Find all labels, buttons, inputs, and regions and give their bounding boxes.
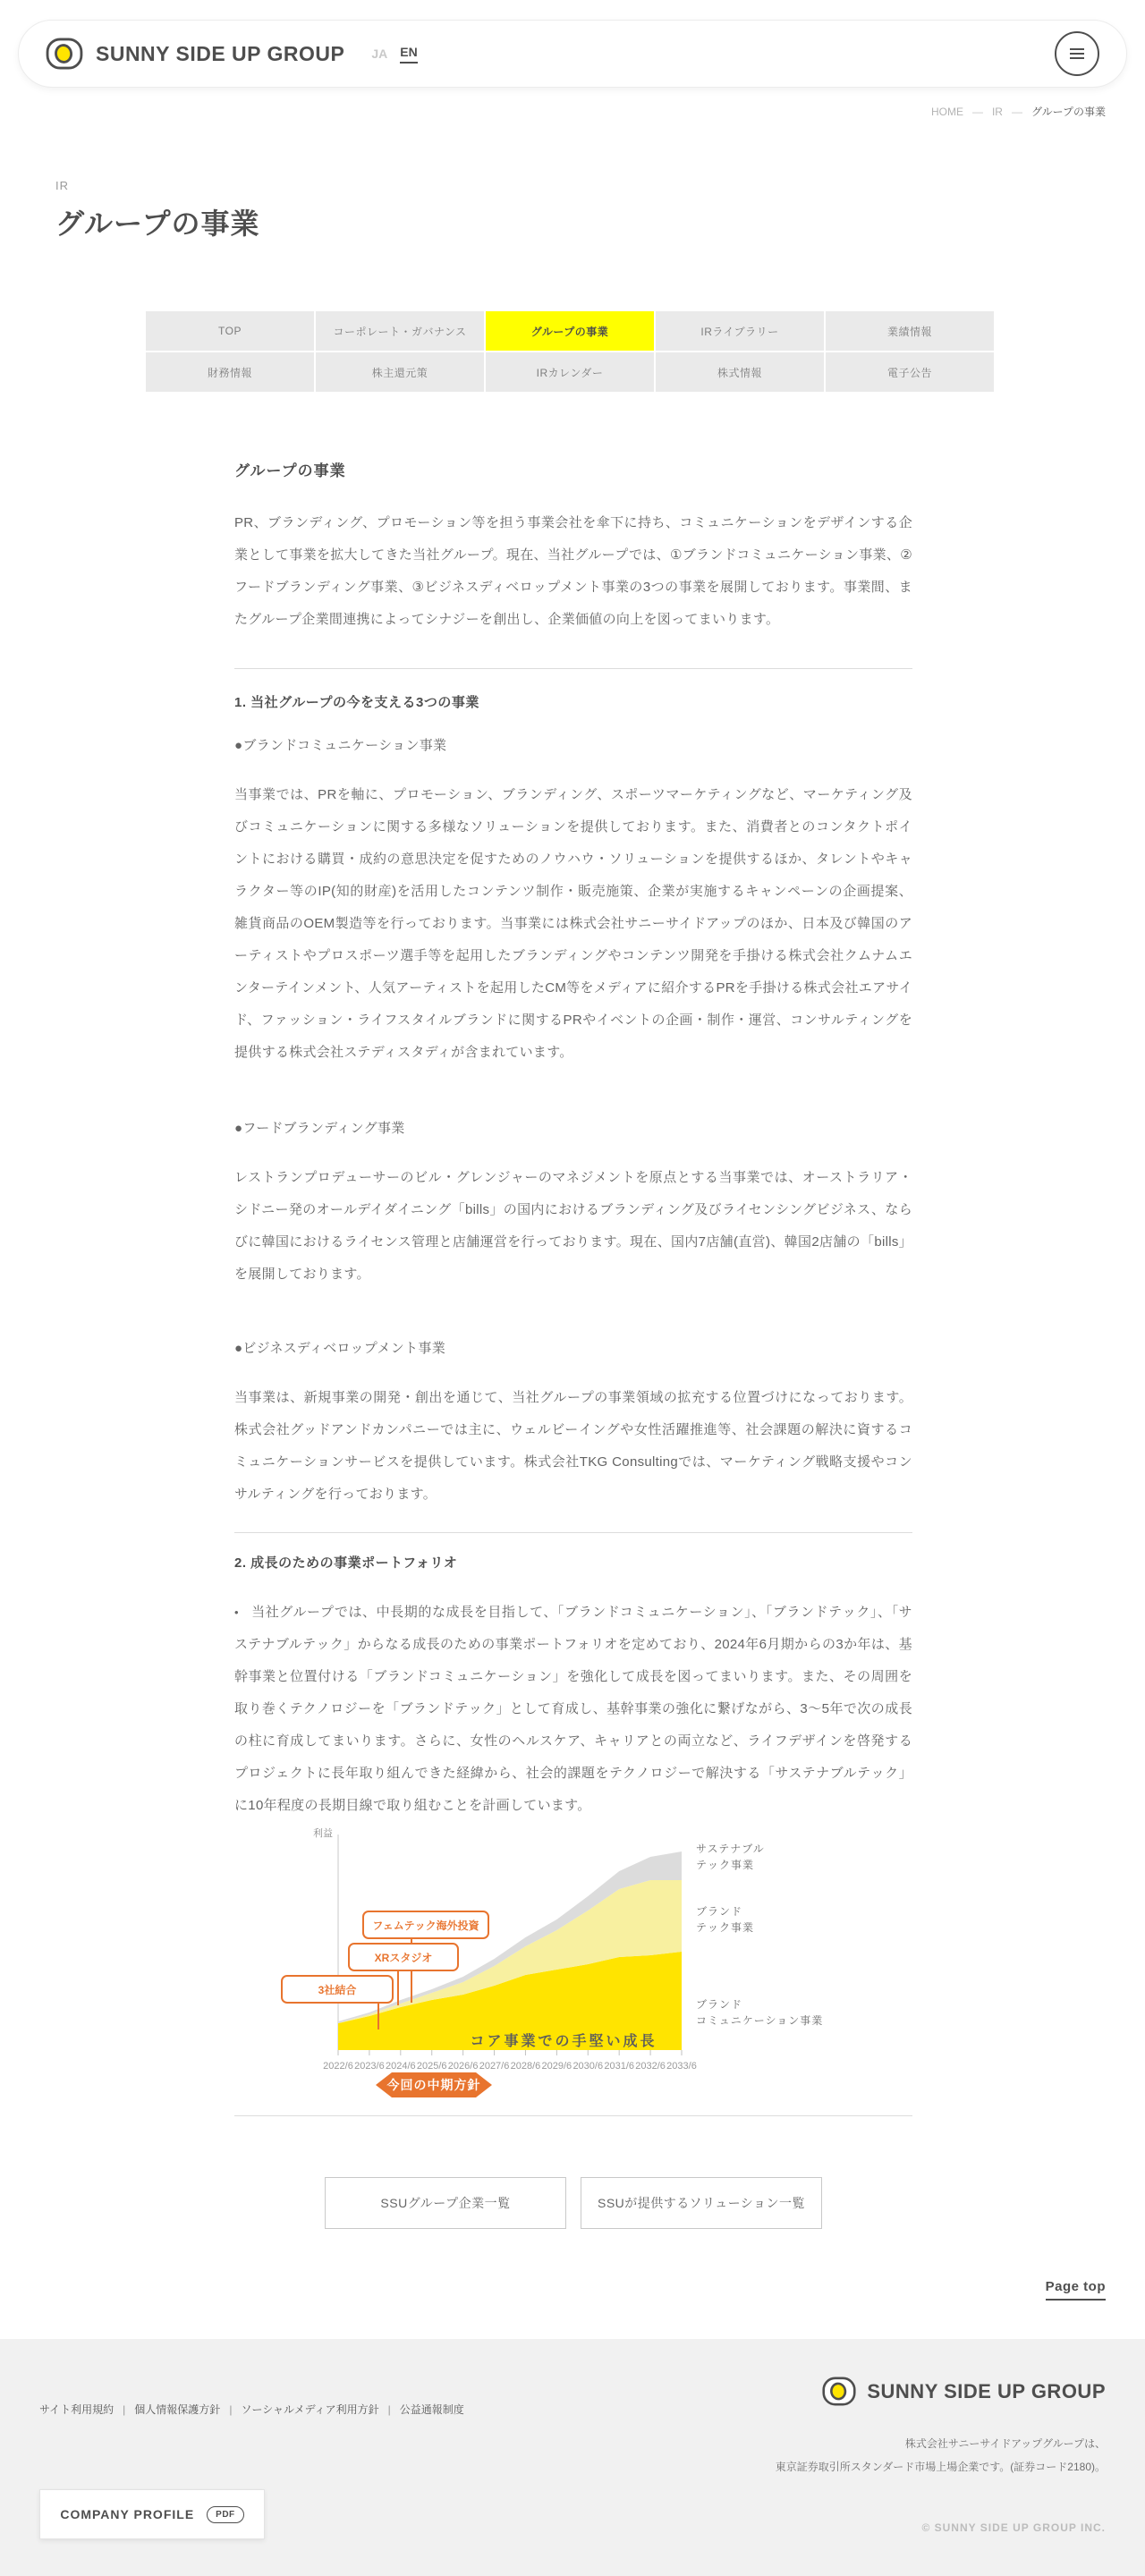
- breadcrumb-separator: —: [972, 106, 983, 118]
- footer-note-line1: 株式会社サニーサイドアップグループは、: [776, 2432, 1106, 2455]
- annotation-label: 3社結合: [318, 1983, 357, 1996]
- main-content: グループの事業 PR、ブランディング、プロモーション等を担う事業会社を傘下に持ち…: [234, 447, 912, 2229]
- divider: [234, 1532, 912, 1533]
- company-profile-button[interactable]: COMPANY PROFILE PDF: [39, 2489, 265, 2539]
- sub3-heading: ●ビジネスディベロップメント事業: [234, 1339, 912, 1359]
- breadcrumb-item[interactable]: IR: [992, 106, 1003, 118]
- footer-link-separator: |: [123, 2403, 125, 2416]
- bullet-marker: •: [234, 1606, 251, 1619]
- tab-item[interactable]: 株主還元策: [316, 352, 484, 392]
- tab-item[interactable]: コーポレート・ガバナンス: [316, 311, 484, 351]
- tab-item[interactable]: 電子公告: [826, 352, 994, 392]
- sub1-heading: ●ブランドコミュニケーション事業: [234, 736, 912, 756]
- tab-item[interactable]: 業績情報: [826, 311, 994, 351]
- footer: サイト利用規約|個人情報保護方針|ソーシャルメディア利用方針|公益通報制度 SU…: [0, 2339, 1145, 2576]
- footer-brand: SUNNY SIDE UP GROUP: [822, 2377, 1106, 2406]
- tab-item[interactable]: TOP: [146, 311, 314, 351]
- breadcrumb-separator: —: [1012, 106, 1022, 118]
- divider: [234, 668, 912, 669]
- section1-heading: 1. 当社グループの今を支える3つの事業: [234, 692, 912, 711]
- tab-item[interactable]: グループの事業: [486, 311, 654, 351]
- tab-item[interactable]: IRカレンダー: [486, 352, 654, 392]
- footer-links: サイト利用規約|個人情報保護方針|ソーシャルメディア利用方針|公益通報制度: [39, 2402, 464, 2417]
- footer-link[interactable]: サイト利用規約: [39, 2402, 114, 2417]
- egg-logo-icon[interactable]: [46, 38, 83, 70]
- x-tick-label: 2022/6: [323, 2061, 353, 2072]
- legend-label: テック事業: [696, 1920, 754, 1934]
- sub1-paragraph: 当事業では、PRを軸に、プロモーション、ブランディング、スポーツマーケティングな…: [234, 779, 912, 1069]
- egg-logo-icon: [822, 2377, 856, 2406]
- chart-inner-label: コア事業での手堅い成長: [470, 2032, 657, 2049]
- site-header: SUNNY SIDE UP GROUP JA EN: [18, 20, 1127, 88]
- legend-label: テック事業: [696, 1858, 754, 1871]
- breadcrumb: HOME—IR—グループの事業: [931, 104, 1106, 119]
- divider: [234, 2115, 912, 2116]
- company-profile-label: COMPANY PROFILE: [60, 2507, 194, 2521]
- brand-logo-text[interactable]: SUNNY SIDE UP GROUP: [96, 42, 344, 66]
- x-tick-label: 2032/6: [635, 2061, 666, 2072]
- x-tick-label: 2029/6: [542, 2061, 572, 2072]
- page-eyebrow: IR: [55, 179, 259, 192]
- lang-en-link[interactable]: EN: [400, 45, 417, 64]
- sub2-heading: ●フードブランディング事業: [234, 1119, 912, 1139]
- section-heading: グループの事業: [234, 458, 912, 480]
- x-tick-label: 2030/6: [572, 2061, 603, 2072]
- x-tick-label: 2024/6: [386, 2061, 416, 2072]
- footer-note: 株式会社サニーサイドアップグループは、 東京証券取引所スタンダード市場上場企業で…: [776, 2432, 1106, 2479]
- group-companies-button[interactable]: SSUグループ企業一覧: [325, 2177, 566, 2229]
- legend-label: コミュニケーション事業: [696, 2013, 823, 2027]
- page-title: グループの事業: [55, 201, 259, 242]
- language-switcher: JA EN: [371, 45, 417, 64]
- portfolio-chart: 利益2022/62023/62024/62025/62026/62027/620…: [277, 1822, 868, 2108]
- pdf-badge: PDF: [207, 2506, 244, 2523]
- x-tick-label: 2025/6: [417, 2061, 447, 2072]
- x-tick-label: 2023/6: [354, 2061, 385, 2072]
- breadcrumb-item[interactable]: HOME: [931, 106, 963, 118]
- portfolio-paragraph: •当社グループでは、中長期的な成長を目指して、「ブランドコミュニケーション」、「…: [234, 1597, 912, 1822]
- tab-item[interactable]: IRライブラリー: [656, 311, 824, 351]
- hamburger-menu-button[interactable]: [1055, 31, 1099, 76]
- legend-label: ブランド: [696, 1905, 742, 1918]
- y-axis-label: 利益: [313, 1826, 333, 1839]
- footer-link-separator: |: [388, 2403, 391, 2416]
- section2-heading: 2. 成長のための事業ポートフォリオ: [234, 1553, 912, 1572]
- breadcrumb-item: グループの事業: [1031, 104, 1106, 119]
- lang-ja-link[interactable]: JA: [371, 47, 387, 61]
- footer-link[interactable]: 個人情報保護方針: [134, 2402, 220, 2417]
- x-tick-label: 2028/6: [511, 2061, 541, 2072]
- tab-item[interactable]: 財務情報: [146, 352, 314, 392]
- annotation-label: フェムテック海外投資: [372, 1919, 479, 1932]
- sub2-paragraph: レストランプロデューサーのビル・グレンジャーのマネジメントを原点とする当事業では…: [234, 1162, 912, 1291]
- portfolio-paragraph-text: 当社グループでは、中長期的な成長を目指して、「ブランドコミュニケーション」、「ブ…: [234, 1605, 912, 1813]
- page-top-link[interactable]: Page top: [1046, 2279, 1106, 2301]
- footer-brand-text: SUNNY SIDE UP GROUP: [867, 2380, 1106, 2403]
- footer-note-line2: 東京証券取引所スタンダード市場上場企業です。(証券コード2180)。: [776, 2455, 1106, 2479]
- annotation-label: XRスタジオ: [375, 1952, 433, 1964]
- midterm-badge-label: 今回の中期方針: [386, 2078, 481, 2092]
- footer-link-separator: |: [229, 2403, 232, 2416]
- footer-link[interactable]: ソーシャルメディア利用方針: [241, 2402, 378, 2417]
- x-tick-label: 2027/6: [479, 2061, 510, 2072]
- intro-paragraph: PR、ブランディング、プロモーション等を担う事業会社を傘下に持ち、コミュニケーシ…: [234, 507, 912, 636]
- tab-item[interactable]: 株式情報: [656, 352, 824, 392]
- solutions-button[interactable]: SSUが提供するソリューション一覧: [581, 2177, 822, 2229]
- footer-link[interactable]: 公益通報制度: [400, 2402, 464, 2417]
- x-tick-label: 2026/6: [448, 2061, 479, 2072]
- x-tick-label: 2033/6: [666, 2061, 697, 2072]
- ir-tab-nav: TOPコーポレート・ガバナンスグループの事業IRライブラリー業績情報財務情報株主…: [146, 311, 994, 392]
- link-button-row: SSUグループ企業一覧 SSUが提供するソリューション一覧: [234, 2177, 912, 2229]
- legend-label: ブランド: [696, 1998, 742, 2011]
- sub3-paragraph: 当事業は、新規事業の開発・創出を通じて、当社グループの事業領域の拡充する位置づけ…: [234, 1382, 912, 1511]
- legend-label: サステナブル: [696, 1843, 765, 1855]
- page-head: IR グループの事業: [55, 179, 259, 242]
- copyright: © SUNNY SIDE UP GROUP INC.: [921, 2521, 1106, 2534]
- x-tick-label: 2031/6: [604, 2061, 634, 2072]
